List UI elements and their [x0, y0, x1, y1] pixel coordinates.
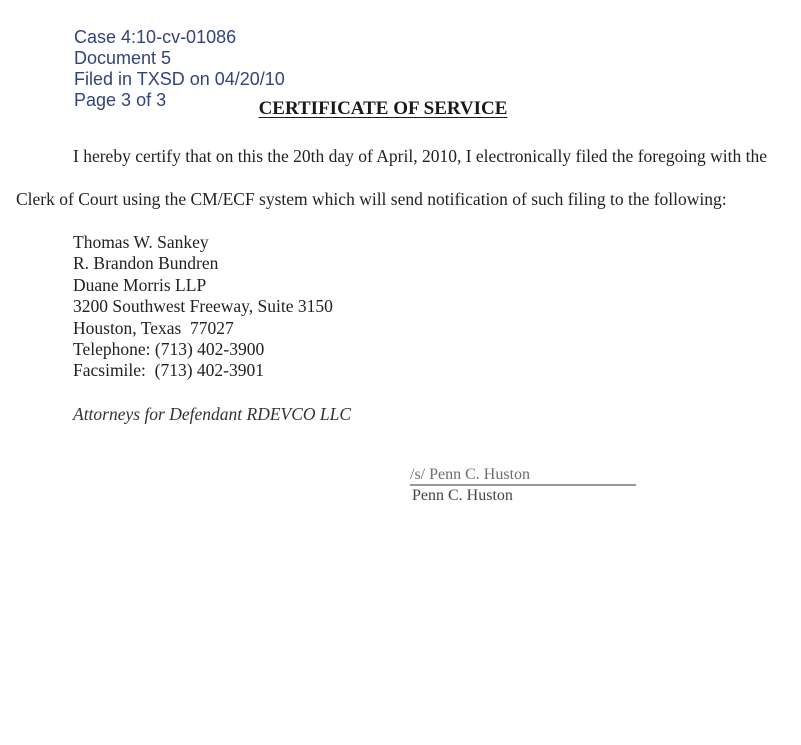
filed-date: Filed in TXSD on 04/20/10 — [74, 69, 285, 89]
telephone: Telephone: (713) 402-3900 — [73, 339, 333, 360]
facsimile: Facsimile: (713) 402-3901 — [73, 360, 333, 381]
document-header: Case 4:10-cv-01086 Document 5 Filed in T… — [64, 6, 305, 111]
page-title: CERTIFICATE OF SERVICE — [0, 98, 766, 120]
case-number: Case 4:10-cv-01086 — [74, 27, 236, 47]
signer-printed-name: Penn C. Huston — [410, 486, 636, 506]
document-number: Document 5 — [74, 48, 171, 68]
attorneys-role: Attorneys for Defendant RDEVCO LLC — [73, 404, 351, 425]
electronic-signature: /s/ Penn C. Huston — [410, 466, 636, 486]
body-line-2: Clerk of Court using the CM/ECF system w… — [16, 189, 727, 210]
city-state-zip: Houston, Texas 77027 — [73, 318, 333, 339]
body-line-1: I hereby certify that on this the 20th d… — [73, 146, 767, 167]
street-address: 3200 Southwest Freeway, Suite 3150 — [73, 296, 333, 317]
service-address-block: Thomas W. Sankey R. Brandon Bundren Duan… — [73, 232, 333, 382]
signature-block: /s/ Penn C. Huston Penn C. Huston — [410, 466, 636, 506]
recipient-name-2: R. Brandon Bundren — [73, 253, 333, 274]
recipient-name-1: Thomas W. Sankey — [73, 232, 333, 253]
firm-name: Duane Morris LLP — [73, 275, 333, 296]
